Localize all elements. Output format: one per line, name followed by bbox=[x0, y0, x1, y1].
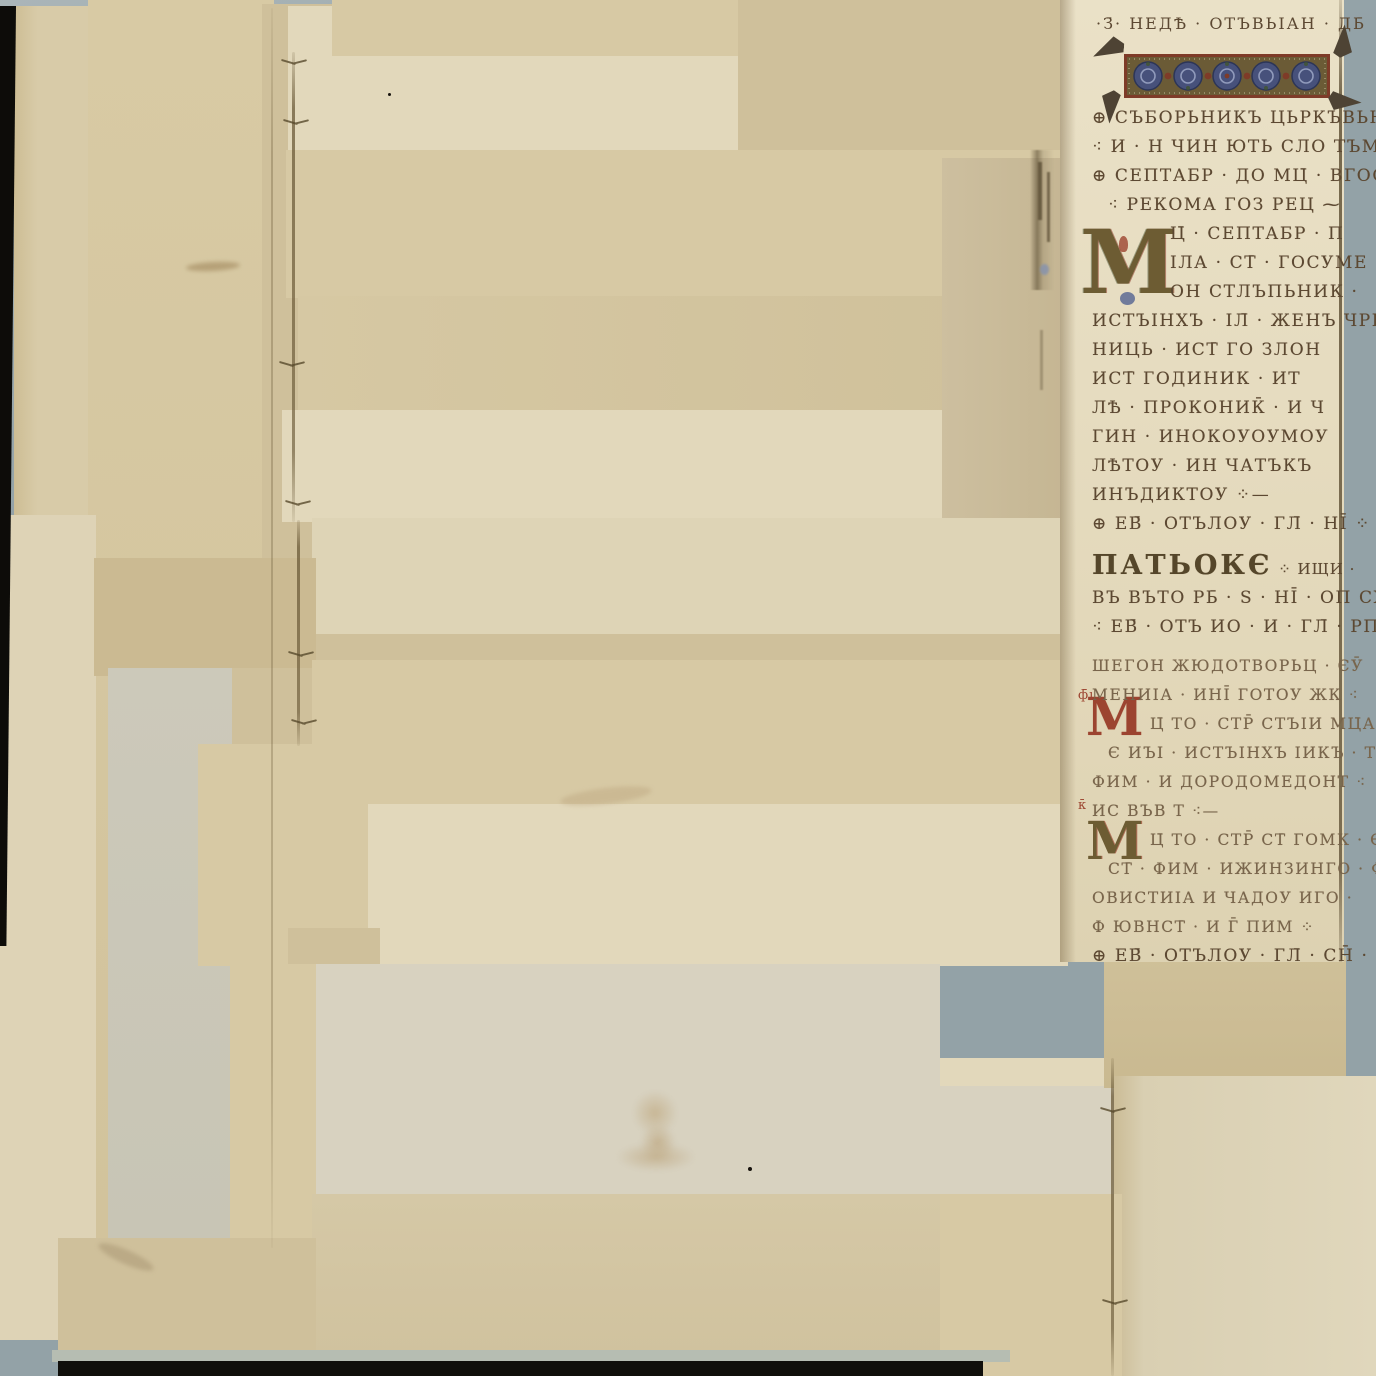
parchment-patch bbox=[738, 0, 1068, 158]
manuscript-text-line: ИНЪДИКТОУ ⁘— bbox=[1092, 481, 1344, 510]
parchment-patch bbox=[1114, 1076, 1376, 1376]
manuscript-text-line: ⁖ ЕВ̄ · ОТЪ ИО · И · ГЛ̄ · РПФ ⁘ bbox=[1092, 613, 1344, 642]
parchment-patch bbox=[298, 634, 1064, 662]
manuscript-text-line: Ц̄ ТО · СТР̄ СТЪІИ МЦ̄А · СУ bbox=[1092, 710, 1344, 739]
pigment-fleck bbox=[1040, 264, 1049, 275]
manuscript-photo: ·З̄· НЕДѢ · ОТЪВЬІАН · ДЬ̄ М М М bbox=[0, 0, 1376, 1376]
stitch-mark bbox=[279, 358, 305, 370]
manuscript-text-line: ЛѢ · ПРОКОНИК̄ · И Ч bbox=[1092, 394, 1344, 423]
manuscript-text-line: ШЕГОН ЖЮДОТВОРЬЦ · ЄӮ bbox=[1092, 652, 1344, 681]
parchment-patch bbox=[312, 1194, 940, 1360]
manuscript-text-line: ОН СТЛЪПЬНИК · bbox=[1092, 278, 1344, 307]
manuscript-text-line: ⊕ ЕВ̄ · ОТЪЛОУ · ГЛ̄ · СН̄ · bbox=[1092, 942, 1344, 971]
manuscript-text-line: СТ̄ · ФИМ · ИЖИНЗИНГО · ФЕ bbox=[1092, 855, 1344, 884]
page-heading-line: ·З̄· НЕДѢ · ОТЪВЬІАН · ДЬ̄ bbox=[1096, 14, 1340, 33]
ink-speck bbox=[748, 1167, 752, 1171]
manuscript-text-line: ИСТЪІНХЪ · ІЛ̄ · ЖЕНЪ ЧРЬ bbox=[1092, 307, 1344, 336]
headpiece-ornament bbox=[1124, 54, 1330, 98]
manuscript-text-line: ИСТ̄ ГОДИНИК · ИТ bbox=[1092, 365, 1344, 394]
manuscript-text-line: ІЛА · СТ̄ · ГОСУМЕ bbox=[1092, 249, 1344, 278]
parchment-patch bbox=[58, 1238, 316, 1360]
stitch-mark bbox=[283, 116, 309, 128]
manuscript-text-line: МЕНИІА · ИНІ̄ ГОТОУ ЖК ⁖ bbox=[1092, 681, 1344, 710]
manuscript-text-line: Є ИЪІ · ИСТЪІНХЪ ІИКЪ · ТРО bbox=[1092, 739, 1344, 768]
parchment-patch bbox=[312, 660, 1064, 806]
manuscript-text-line: ⁖ И · Н ЧИН ЮТЬ СЛО ТЪМЦ̄ bbox=[1092, 133, 1344, 162]
mount-edge-strip bbox=[58, 1361, 983, 1376]
margin-mark: к̄ bbox=[1078, 798, 1087, 813]
sewing-seam bbox=[297, 520, 300, 746]
parchment-patch bbox=[1104, 956, 1346, 1088]
parchment-patch bbox=[368, 804, 1068, 966]
stitch-mark bbox=[1100, 1104, 1126, 1116]
manuscript-text-line: ГИН · ИНОКОУОУМОУ bbox=[1092, 423, 1344, 452]
manuscript-text-line: ⊕ СЕПТАБР · ДО МЦ̄ · ВГОСТ · bbox=[1092, 162, 1344, 191]
manuscript-text-line: Ф ЮВНСТ̄ · И Г̄ ПИМ ⁘ bbox=[1092, 913, 1344, 942]
stain bbox=[616, 1142, 696, 1172]
manuscript-text-line: ⁖ РЕКОМА ГОЗ РЕЦ ⁓ bbox=[1092, 191, 1344, 220]
manuscript-text-line: ОВИСТИІА И ЧАДОУ ИГО · bbox=[1092, 884, 1344, 913]
thread-marks bbox=[1040, 330, 1043, 390]
manuscript-text-line: НИЦЬ · ИСТ̄ ГО ЗЛОН bbox=[1092, 336, 1344, 365]
stitch-mark bbox=[285, 497, 311, 509]
stitch-mark bbox=[1102, 1296, 1128, 1308]
ink-speck bbox=[388, 93, 391, 96]
parchment-patch bbox=[0, 515, 96, 1340]
parchment-patch bbox=[312, 518, 1064, 636]
stitch-mark bbox=[291, 716, 317, 728]
manuscript-text-line: ПАТЬОКЄ ⁘ ИЩИ · bbox=[1092, 547, 1344, 584]
parchment-patch bbox=[94, 558, 316, 676]
manuscript-text-line: ВЪ ВЪТО РЬ̄ · S · НІ̄ · ОП СХ bbox=[1092, 584, 1344, 613]
thread-marks bbox=[1038, 162, 1042, 220]
manuscript-text-line: ИС ВЪВ Т ⁖— bbox=[1092, 797, 1344, 826]
manuscript-text-line: ЛѢТОУ · ИН ЧАТЪКЪ bbox=[1092, 452, 1344, 481]
parchment-patch bbox=[938, 1194, 1122, 1376]
parchment-patch bbox=[232, 668, 324, 746]
sewing-seam bbox=[271, 8, 273, 1248]
manuscript-text-line: Ц̄ ТО · СТР̄ СТ̄ ГОМК · ЄӮ bbox=[1092, 826, 1344, 855]
manuscript-text-block: ⊕ СЪБОРЬНИКЪ ЦЬРКЪВЬНЫИ ⁖ И · Н ЧИН ЮТЬ … bbox=[1092, 104, 1344, 971]
stitch-mark bbox=[281, 56, 307, 68]
manuscript-text-line: ⊕ СЪБОРЬНИКЪ ЦЬРКЪВЬНЫИ bbox=[1092, 104, 1344, 133]
manuscript-text-line: Ц̄ · СЕПТАБР · П bbox=[1092, 220, 1344, 249]
manuscript-text-line: ФИМ · И ДОРОДОМЕДОНТ ⁖ bbox=[1092, 768, 1344, 797]
thread-marks bbox=[1047, 172, 1050, 242]
manuscript-text-line: ⊕ ЕВ̄ · ОТЪЛОУ · ГЛ̄ · НІ̄ ⁘ bbox=[1092, 510, 1344, 539]
stitch-mark bbox=[288, 648, 314, 660]
